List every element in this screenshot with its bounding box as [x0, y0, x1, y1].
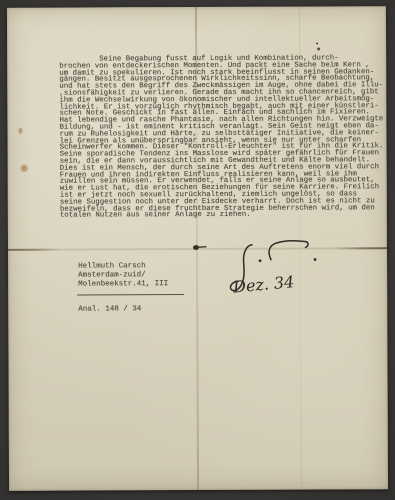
photo-of-document: { "colors": { "frame_background": "#3837… — [0, 0, 395, 500]
pencil-dot-mark — [190, 243, 208, 252]
typed-line: Hellmuth Carsch — [78, 262, 168, 271]
reference-number: Anal. 148 / 34 — [78, 305, 141, 313]
sender-address: Hellmuth CarschAmsterdam-zuid/Molenbeeks… — [78, 262, 168, 289]
document-paper: Seine Begabung fusst auf Logik und Kombi… — [7, 6, 388, 491]
foxing-stain — [18, 128, 22, 134]
typed-paragraph: Seine Begabung fusst auf Logik und Kombi… — [59, 55, 383, 220]
handwritten-date: Dez. 34 — [231, 272, 295, 297]
handwritten-initials-icon: Dez. 34 — [225, 235, 365, 308]
typed-divider-rule — [77, 294, 184, 295]
typed-line: Molenbeekstr.41, III — [78, 280, 168, 289]
typed-line: Amsterdam-zuid/ — [78, 271, 168, 280]
handwritten-annotation: f. C. Dez. 34 — [225, 235, 365, 308]
typed-line: totalen Nutzen aus seiner Anlage zu zieh… — [60, 212, 384, 220]
foxing-stain — [21, 165, 28, 172]
ink-speck — [317, 47, 320, 50]
ink-speck — [316, 42, 318, 44]
